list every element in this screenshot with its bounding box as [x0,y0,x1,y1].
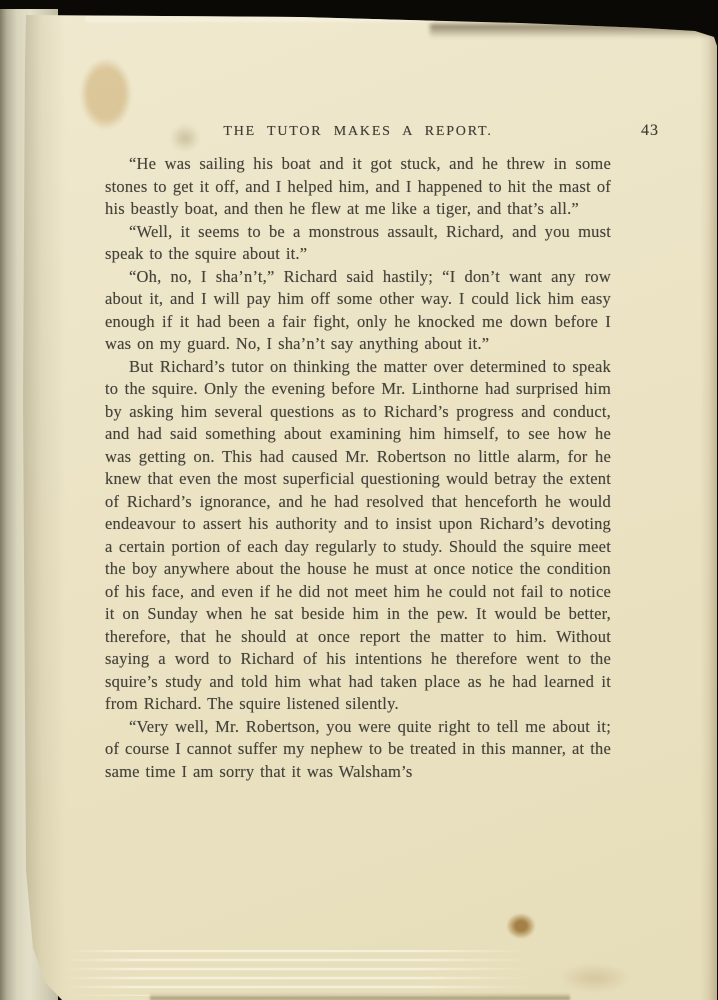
paragraph: “Oh, no, I sha’n’t,” Richard said hastil… [105,266,611,356]
top-page-edge-highlight [85,15,435,22]
stain [555,962,635,994]
right-edge-shadow [700,0,718,1000]
page-bottom-shadow [150,993,570,1000]
cover-edge-shadow [430,24,718,38]
page-number: 43 [641,120,659,143]
paragraph: But Richard’s tutor on thinking the matt… [105,356,611,716]
page-header: THE TUTOR MAKES A REPORT. 43 [105,121,611,139]
page-content: THE TUTOR MAKES A REPORT. 43 “He was sai… [105,121,611,783]
book-page: THE TUTOR MAKES A REPORT. 43 “He was sai… [0,0,718,1000]
book-scan: THE TUTOR MAKES A REPORT. 43 “He was sai… [0,0,718,1000]
binding-shadow [22,0,66,1000]
paragraph: “He was sailing his boat and it got stuc… [105,153,611,221]
running-title: THE TUTOR MAKES A REPORT. [223,121,492,144]
page-bottom-edges [62,950,542,996]
paragraph: “Well, it seems to be a monstrous assaul… [105,221,611,266]
paragraph: “Very well, Mr. Robertson, you were quit… [105,716,611,784]
stain [505,912,537,940]
stain [80,58,132,130]
